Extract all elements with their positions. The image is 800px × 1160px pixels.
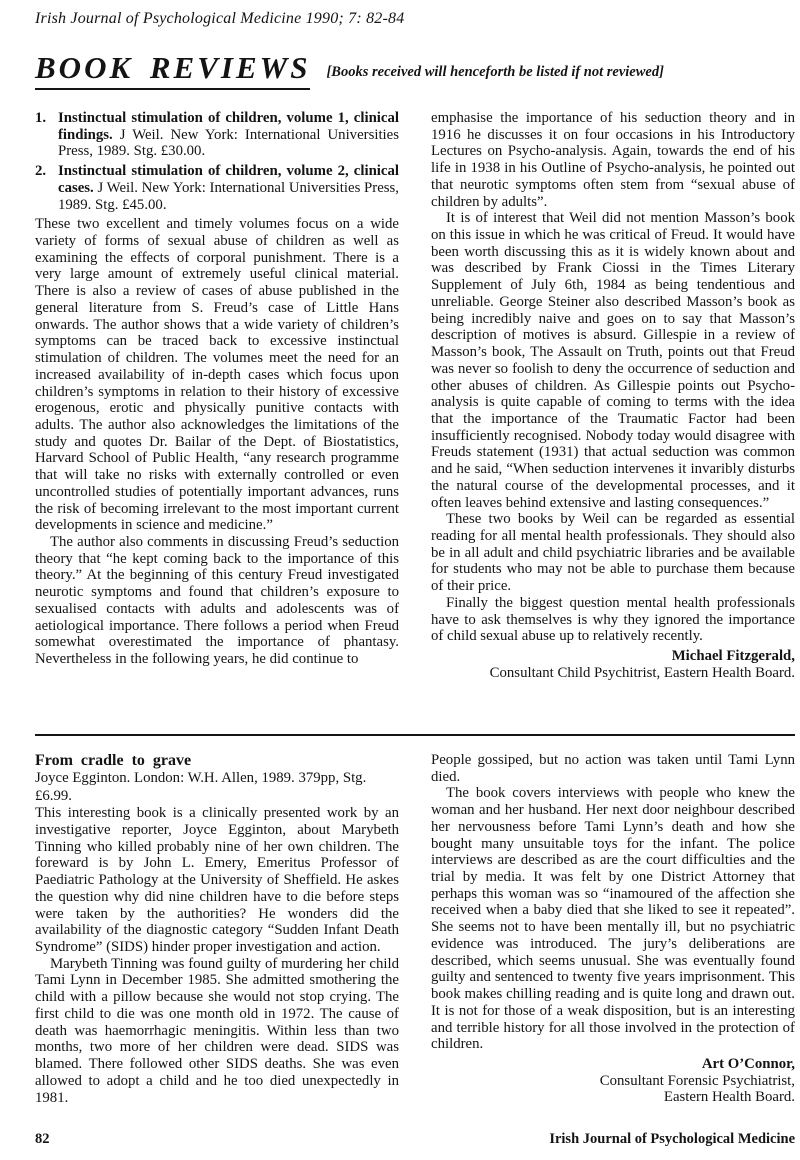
page-title: BOOK REVIEWS xyxy=(35,52,310,90)
review2-left-column: From cradle to grave Joyce Egginton. Lon… xyxy=(35,752,399,1106)
journal-page: Irish Journal of Psychological Medicine … xyxy=(0,0,800,1160)
footer-journal-name: Irish Journal of Psychological Medicine xyxy=(549,1131,795,1148)
book-listing-1: 1. Instinctual stimulation of children, … xyxy=(35,110,399,160)
book-number: 2. xyxy=(35,163,58,213)
review2-columns: From cradle to grave Joyce Egginton. Lon… xyxy=(35,752,795,1106)
review-paragraph: These two excellent and timely volumes f… xyxy=(35,216,399,534)
section-masthead: BOOK REVIEWS [Books received will hencef… xyxy=(35,52,795,90)
review1-right-column: emphasise the importance of his seductio… xyxy=(431,110,795,722)
reviewer-name: Michael Fitzgerald, xyxy=(431,648,795,665)
review1-left-column: 1. Instinctual stimulation of children, … xyxy=(35,110,399,722)
book-details: J Weil. New York: International Universi… xyxy=(58,180,399,213)
review-byline: Joyce Egginton. London: W.H. Allen, 1989… xyxy=(35,770,399,805)
review-paragraph: This interesting book is a clinically pr… xyxy=(35,805,399,955)
review1-columns: 1. Instinctual stimulation of children, … xyxy=(35,110,795,722)
review-paragraph: emphasise the importance of his seductio… xyxy=(431,110,795,210)
reviewer-signature: Art O’Connor, Consultant Forensic Psychi… xyxy=(431,1056,795,1106)
section-note: [Books received will henceforth be liste… xyxy=(326,64,663,90)
book-citation: Instinctual stimulation of children, vol… xyxy=(58,163,399,213)
review2-right-column: People gossiped, but no action was taken… xyxy=(431,752,795,1106)
review-paragraph: Marybeth Tinning was found guilty of mur… xyxy=(35,956,399,1106)
book-number: 1. xyxy=(35,110,58,160)
reviewer-role: Eastern Health Board. xyxy=(431,1089,795,1106)
reviewer-name: Art O’Connor, xyxy=(431,1056,795,1073)
page-footer: 82 Irish Journal of Psychological Medici… xyxy=(35,1131,795,1148)
review-title: From cradle to grave xyxy=(35,752,399,770)
reviewer-role: Consultant Child Psychitrist, Eastern He… xyxy=(431,665,795,682)
book-citation: Instinctual stimulation of children, vol… xyxy=(58,110,399,160)
section-divider xyxy=(35,734,795,736)
review-paragraph: The book covers interviews with people w… xyxy=(431,785,795,1053)
review-paragraph: It is of interest that Weil did not ment… xyxy=(431,210,795,511)
review-paragraph: Finally the biggest question mental heal… xyxy=(431,595,795,645)
journal-citation-header: Irish Journal of Psychological Medicine … xyxy=(35,10,795,28)
review-paragraph: People gossiped, but no action was taken… xyxy=(431,752,795,785)
review-paragraph: The author also comments in discussing F… xyxy=(35,534,399,668)
reviewer-signature: Michael Fitzgerald, Consultant Child Psy… xyxy=(431,648,795,681)
reviewer-role: Consultant Forensic Psychiatrist, xyxy=(431,1073,795,1090)
review-paragraph: These two books by Weil can be regarded … xyxy=(431,511,795,595)
page-number: 82 xyxy=(35,1131,50,1148)
book-listing-2: 2. Instinctual stimulation of children, … xyxy=(35,163,399,213)
